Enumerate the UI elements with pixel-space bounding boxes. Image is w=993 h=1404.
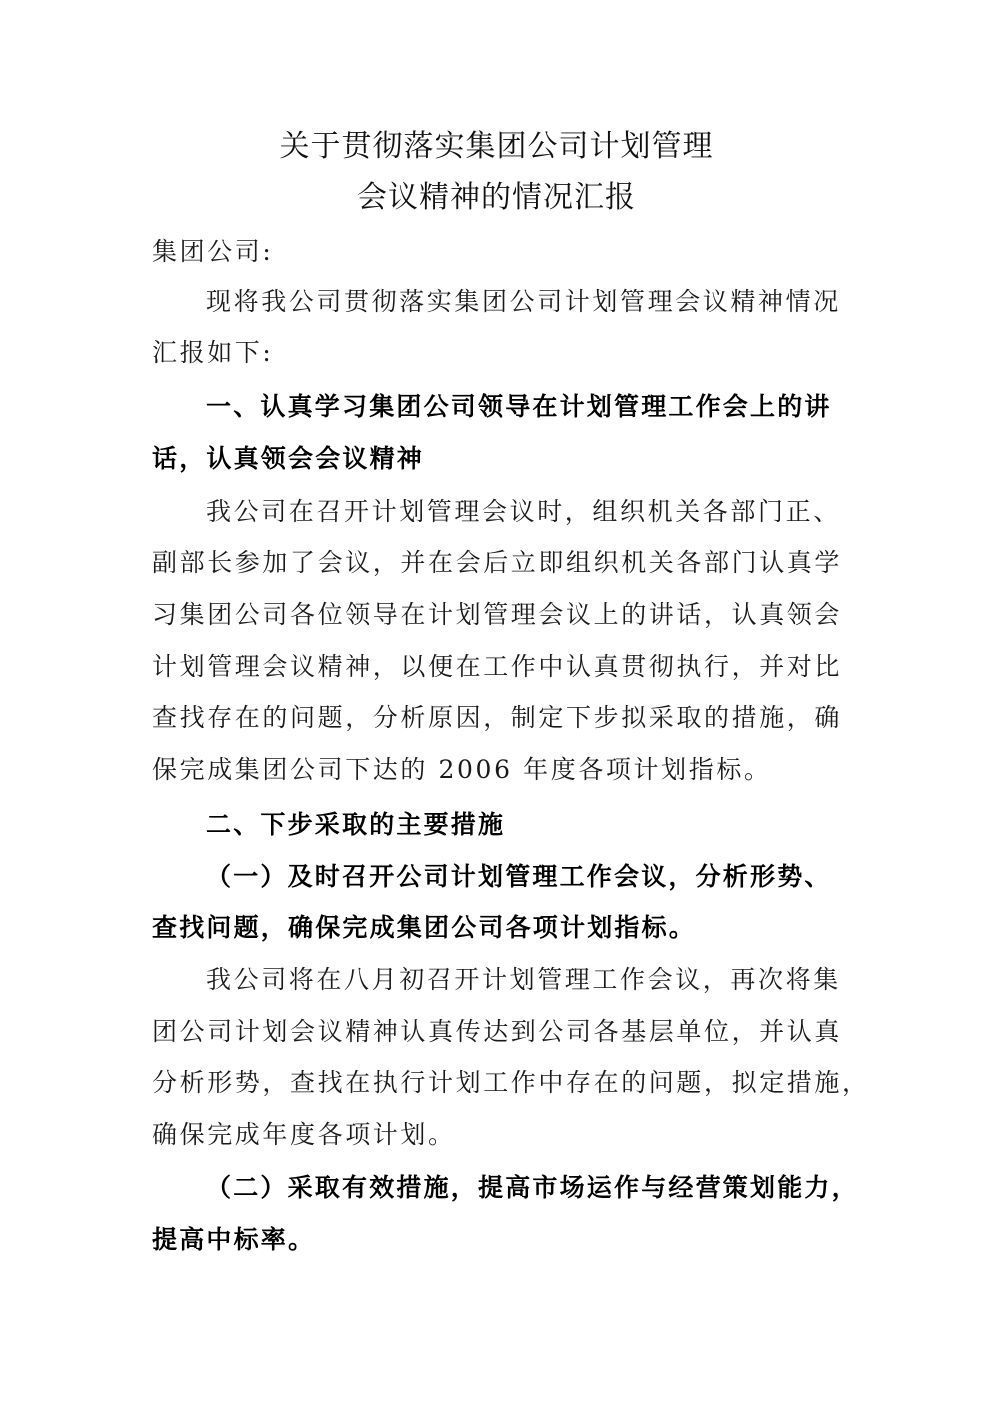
document-page: 关于贯彻落实集团公司计划管理 会议精神的情况汇报 集团公司: 现将我公司贯彻落实… (0, 0, 993, 1404)
section-1-body-line: 副部长参加了会议，并在会后立即组织机关各部门认真学 (152, 546, 842, 580)
section-1-body-line: 查找存在的问题，分析原因，制定下步拟采取的措施，确 (152, 701, 842, 735)
section-1-body-line: 习集团公司各位领导在计划管理会议上的讲话，认真领会 (152, 598, 842, 632)
intro-line: 现将我公司贯彻落实集团公司计划管理会议精神情况 (206, 285, 896, 319)
subsection-2-heading: 提高中标率。 (152, 1223, 842, 1257)
subsection-1-heading: （一）及时召开公司计划管理工作会议，分析形势、 (206, 860, 896, 894)
section-1-body-line: 我公司在召开计划管理会议时，组织机关各部门正、 (206, 495, 896, 529)
section-1-heading: 一、认真学习集团公司领导在计划管理工作会上的讲 (206, 390, 896, 424)
document-title-line-2: 会议精神的情况汇报 (0, 180, 993, 216)
document-title-line-1: 关于贯彻落实集团公司计划管理 (0, 129, 993, 165)
subsection-1-body-line: 我公司将在八月初召开计划管理工作会议，再次将集 (206, 963, 896, 997)
subsection-1-body-line: 分析形势，查找在执行计划工作中存在的问题，拟定措施， (152, 1066, 842, 1100)
subsection-1-body-line: 团公司计划会议精神认真传达到公司各基层单位，并认真 (152, 1015, 842, 1049)
section-1-body-line: 保完成集团公司下达的 2006 年度各项计划指标。 (152, 753, 842, 787)
intro-line: 汇报如下: (152, 336, 842, 370)
section-1-heading: 话，认真领会会议精神 (152, 442, 842, 476)
subsection-2-heading: （二）采取有效措施，提高市场运作与经营策划能力， (206, 1171, 896, 1205)
subsection-1-heading: 查找问题，确保完成集团公司各项计划指标。 (152, 911, 842, 945)
salutation: 集团公司: (152, 235, 842, 269)
section-2-heading: 二、下步采取的主要措施 (206, 808, 896, 842)
section-1-body-line: 计划管理会议精神，以便在工作中认真贯彻执行，并对比 (152, 650, 842, 684)
subsection-1-body-line: 确保完成年度各项计划。 (152, 1118, 842, 1152)
